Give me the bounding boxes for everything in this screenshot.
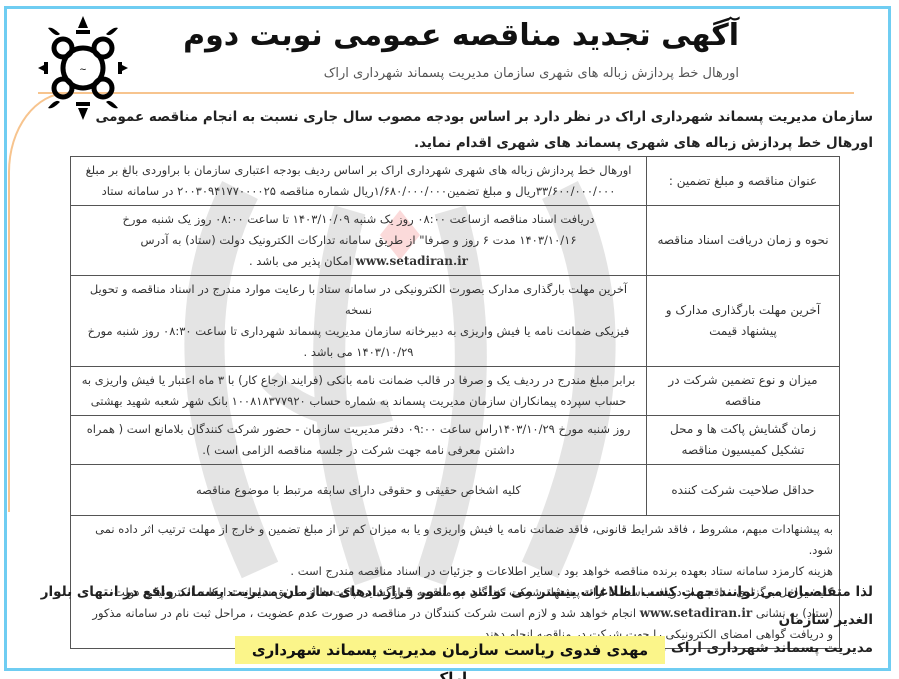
header-divider <box>38 92 854 94</box>
signature-banner: مهدی فدوی ریاست سازمان مدیریت پسماند شهر… <box>235 636 665 664</box>
value-line: www.setadiran.ir امکان پذیر می باشد . <box>77 251 640 272</box>
value-line: فیزیکی ضمانت نامه یا فیش واریزی به دبیرخ… <box>77 321 640 342</box>
row-value: برابر مبلغ مندرج در ردیف یک و صرفا در قا… <box>71 367 647 416</box>
notes-line: به پیشنهادات مبهم، مشروط ، فاقد شرایط قا… <box>77 519 833 561</box>
intro-line: سازمان مدیریت پسماند شهرداری اراک در نظر… <box>53 104 873 130</box>
row-label: عنوان مناقصه و مبلغ تضمین : <box>647 157 840 206</box>
svg-text:~: ~ <box>79 65 87 75</box>
value-text: امکان پذیر می باشد . <box>249 254 356 268</box>
footer-line: لذا متقاضیان می توانند جهت کسب اطلاعات ب… <box>33 578 873 634</box>
notice-subtitle: اورهال خط پردازش زباله های شهری سازمان م… <box>324 66 739 81</box>
row-value: روز شنبه مورخ ۱۴۰۳/۱۰/۲۹راس ساعت ۰۹:۰۰ د… <box>71 416 647 465</box>
value-line: برابر مبلغ مندرج در ردیف یک و صرفا در قا… <box>77 370 640 391</box>
table-row: نحوه و زمان دریافت اسناد مناقصه دریافت ا… <box>71 206 840 276</box>
tender-details-table: عنوان مناقصه و مبلغ تضمین : اورهال خط پر… <box>70 156 840 649</box>
value-line: آخرین مهلت بارگذاری مدارک بصورت الکترونی… <box>77 279 640 321</box>
row-label: نحوه و زمان دریافت اسناد مناقصه <box>647 206 840 276</box>
value-line: ۱۴۰۳/۱۰/۱۶ مدت ۶ روز و صرفا" از طریق سام… <box>77 230 640 251</box>
value-line: کلیه اشخاص حقیقی و حقوقی دارای سابقه مرت… <box>77 480 640 501</box>
row-label: میزان و نوع تضمین شرکت در مناقصه <box>647 367 840 416</box>
value-line: ۳۳/۶۰۰/۰۰۰/۰۰۰ریال و مبلغ تضمین۱/۶۸۰/۰۰۰… <box>77 181 640 202</box>
table-row: میزان و نوع تضمین شرکت در مناقصه برابر م… <box>71 367 840 416</box>
value-line: اورهال خط پردازش زباله های شهری شهرداری … <box>77 160 640 181</box>
notice-title: آگهی تجدید مناقصه عمومی نوبت دوم <box>183 18 739 53</box>
intro-line: اورهال خط پردازش زباله های شهری پسماند ه… <box>53 130 873 156</box>
row-value: دریافت اسناد مناقصه ازساعت ۰۸:۰۰ روز یک … <box>71 206 647 276</box>
row-label: حداقل صلاحیت شرکت کننده <box>647 465 840 516</box>
table-row: عنوان مناقصه و مبلغ تضمین : اورهال خط پر… <box>71 157 840 206</box>
value-line: حساب سپرده پیمانکاران سازمان مدیریت پسما… <box>77 391 640 412</box>
row-label: آخرین مهلت بارگذاری مدارک و پیشنهاد قیمت <box>647 276 840 367</box>
value-line: داشتن معرفی نامه جهت شرکت در جلسه مناقصه… <box>77 440 640 461</box>
row-value: کلیه اشخاص حقیقی و حقوقی دارای سابقه مرت… <box>71 465 647 516</box>
table-row: آخرین مهلت بارگذاری مدارک و پیشنهاد قیمت… <box>71 276 840 367</box>
row-value: اورهال خط پردازش زباله های شهری شهرداری … <box>71 157 647 206</box>
row-label: زمان گشایش پاکت ها و محل تشکیل کمیسیون م… <box>647 416 840 465</box>
setadiran-link[interactable]: www.setadiran.ir <box>356 254 469 268</box>
table-row: حداقل صلاحیت شرکت کننده کلیه اشخاص حقیقی… <box>71 465 840 516</box>
value-line: ۱۴۰۳/۱۰/۲۹ می باشد . <box>77 342 640 363</box>
value-line: دریافت اسناد مناقصه ازساعت ۰۸:۰۰ روز یک … <box>77 209 640 230</box>
table-row: زمان گشایش پاکت ها و محل تشکیل کمیسیون م… <box>71 416 840 465</box>
row-value: آخرین مهلت بارگذاری مدارک بصورت الکترونی… <box>71 276 647 367</box>
value-line: روز شنبه مورخ ۱۴۰۳/۱۰/۲۹راس ساعت ۰۹:۰۰ د… <box>77 419 640 440</box>
intro-paragraph: سازمان مدیریت پسماند شهرداری اراک در نظر… <box>53 104 873 156</box>
